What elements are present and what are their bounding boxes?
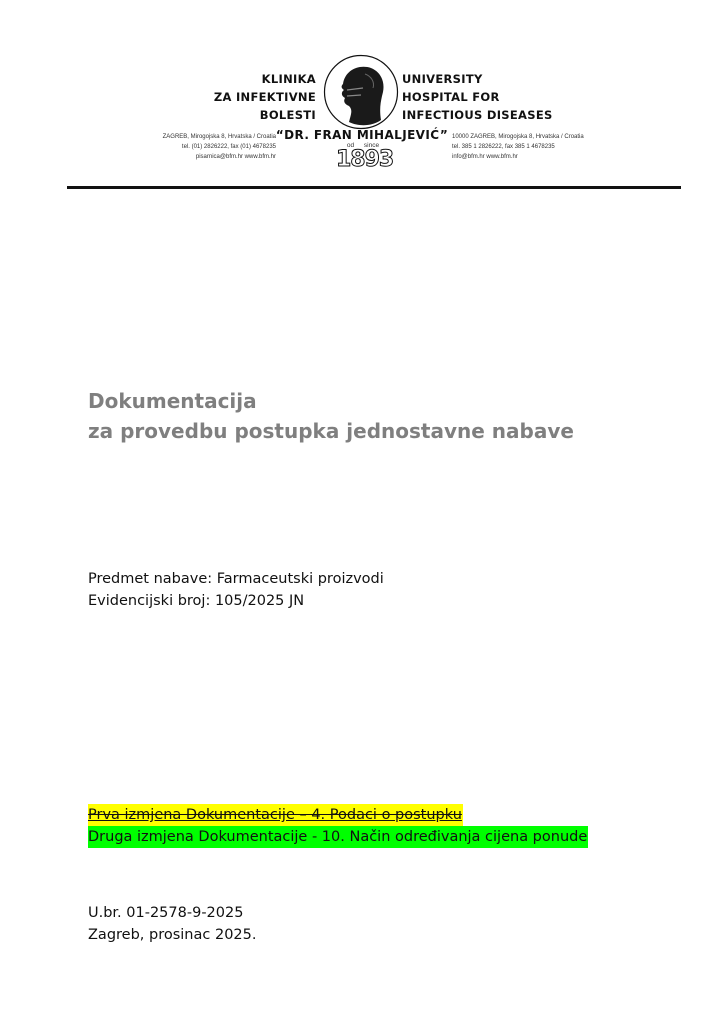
address-line: 10000 ZAGREB, Mirogojska 8, Hrvatska / C… [452, 132, 584, 142]
clinic-name-line: INFECTIOUS DISEASES [402, 106, 553, 124]
place-date: Zagreb, prosinac 2025. [88, 924, 256, 946]
evidence-number: Evidencijski broj: 105/2025 JN [88, 590, 384, 612]
clinic-name-line: ZA INFEKTIVNE [214, 88, 316, 106]
address-line: tel. (01) 2826222, fax (01) 4678235 [163, 142, 276, 152]
amendment-second: Druga izmjena Dokumentacije - 10. Način … [88, 826, 588, 848]
address-line: ZAGREB, Mirogojska 8, Hrvatska / Croatia [163, 132, 276, 142]
address-croatian: ZAGREB, Mirogojska 8, Hrvatska / Croatia… [163, 132, 276, 162]
document-reference: U.br. 01-2578-9-2025 Zagreb, prosinac 20… [88, 902, 256, 946]
subject-line: Predmet nabave: Farmaceutski proizvodi [88, 568, 384, 590]
clinic-patron-name: “DR. FRAN MIHALJEVIĆ” [0, 128, 724, 142]
title-line: Dokumentacija [88, 386, 574, 416]
clinic-name-line: HOSPITAL FOR [402, 88, 553, 106]
title-line: za provedbu postupka jednostavne nabave [88, 416, 574, 446]
header-divider [67, 186, 681, 189]
clinic-name-croatian: KLINIKA ZA INFEKTIVNE BOLESTI [214, 70, 316, 124]
clinic-name-line: BOLESTI [214, 106, 316, 124]
address-line: tel. 385 1 2826222, fax 385 1 4678235 [452, 142, 584, 152]
clinic-name-english: UNIVERSITY HOSPITAL FOR INFECTIOUS DISEA… [402, 70, 553, 124]
procurement-subject: Predmet nabave: Farmaceutski proizvodi E… [88, 568, 384, 612]
document-title: Dokumentacija za provedbu postupka jedno… [88, 386, 574, 446]
amendment-first-struck: Prva izmjena Dokumentacije – 4. Podaci o… [88, 804, 463, 826]
amendments-list: Prva izmjena Dokumentacije – 4. Podaci o… [88, 804, 588, 848]
clinic-name-line: UNIVERSITY [402, 70, 553, 88]
reference-number: U.br. 01-2578-9-2025 [88, 902, 256, 924]
founding-year: 1893 [336, 147, 390, 172]
portrait-medallion-icon [323, 54, 399, 130]
address-line: pisarnica@bfm.hr www.bfm.hr [163, 152, 276, 162]
address-english: 10000 ZAGREB, Mirogojska 8, Hrvatska / C… [452, 132, 584, 162]
clinic-name-line: KLINIKA [214, 70, 316, 88]
address-line: info@bfm.hr www.bfm.hr [452, 152, 584, 162]
